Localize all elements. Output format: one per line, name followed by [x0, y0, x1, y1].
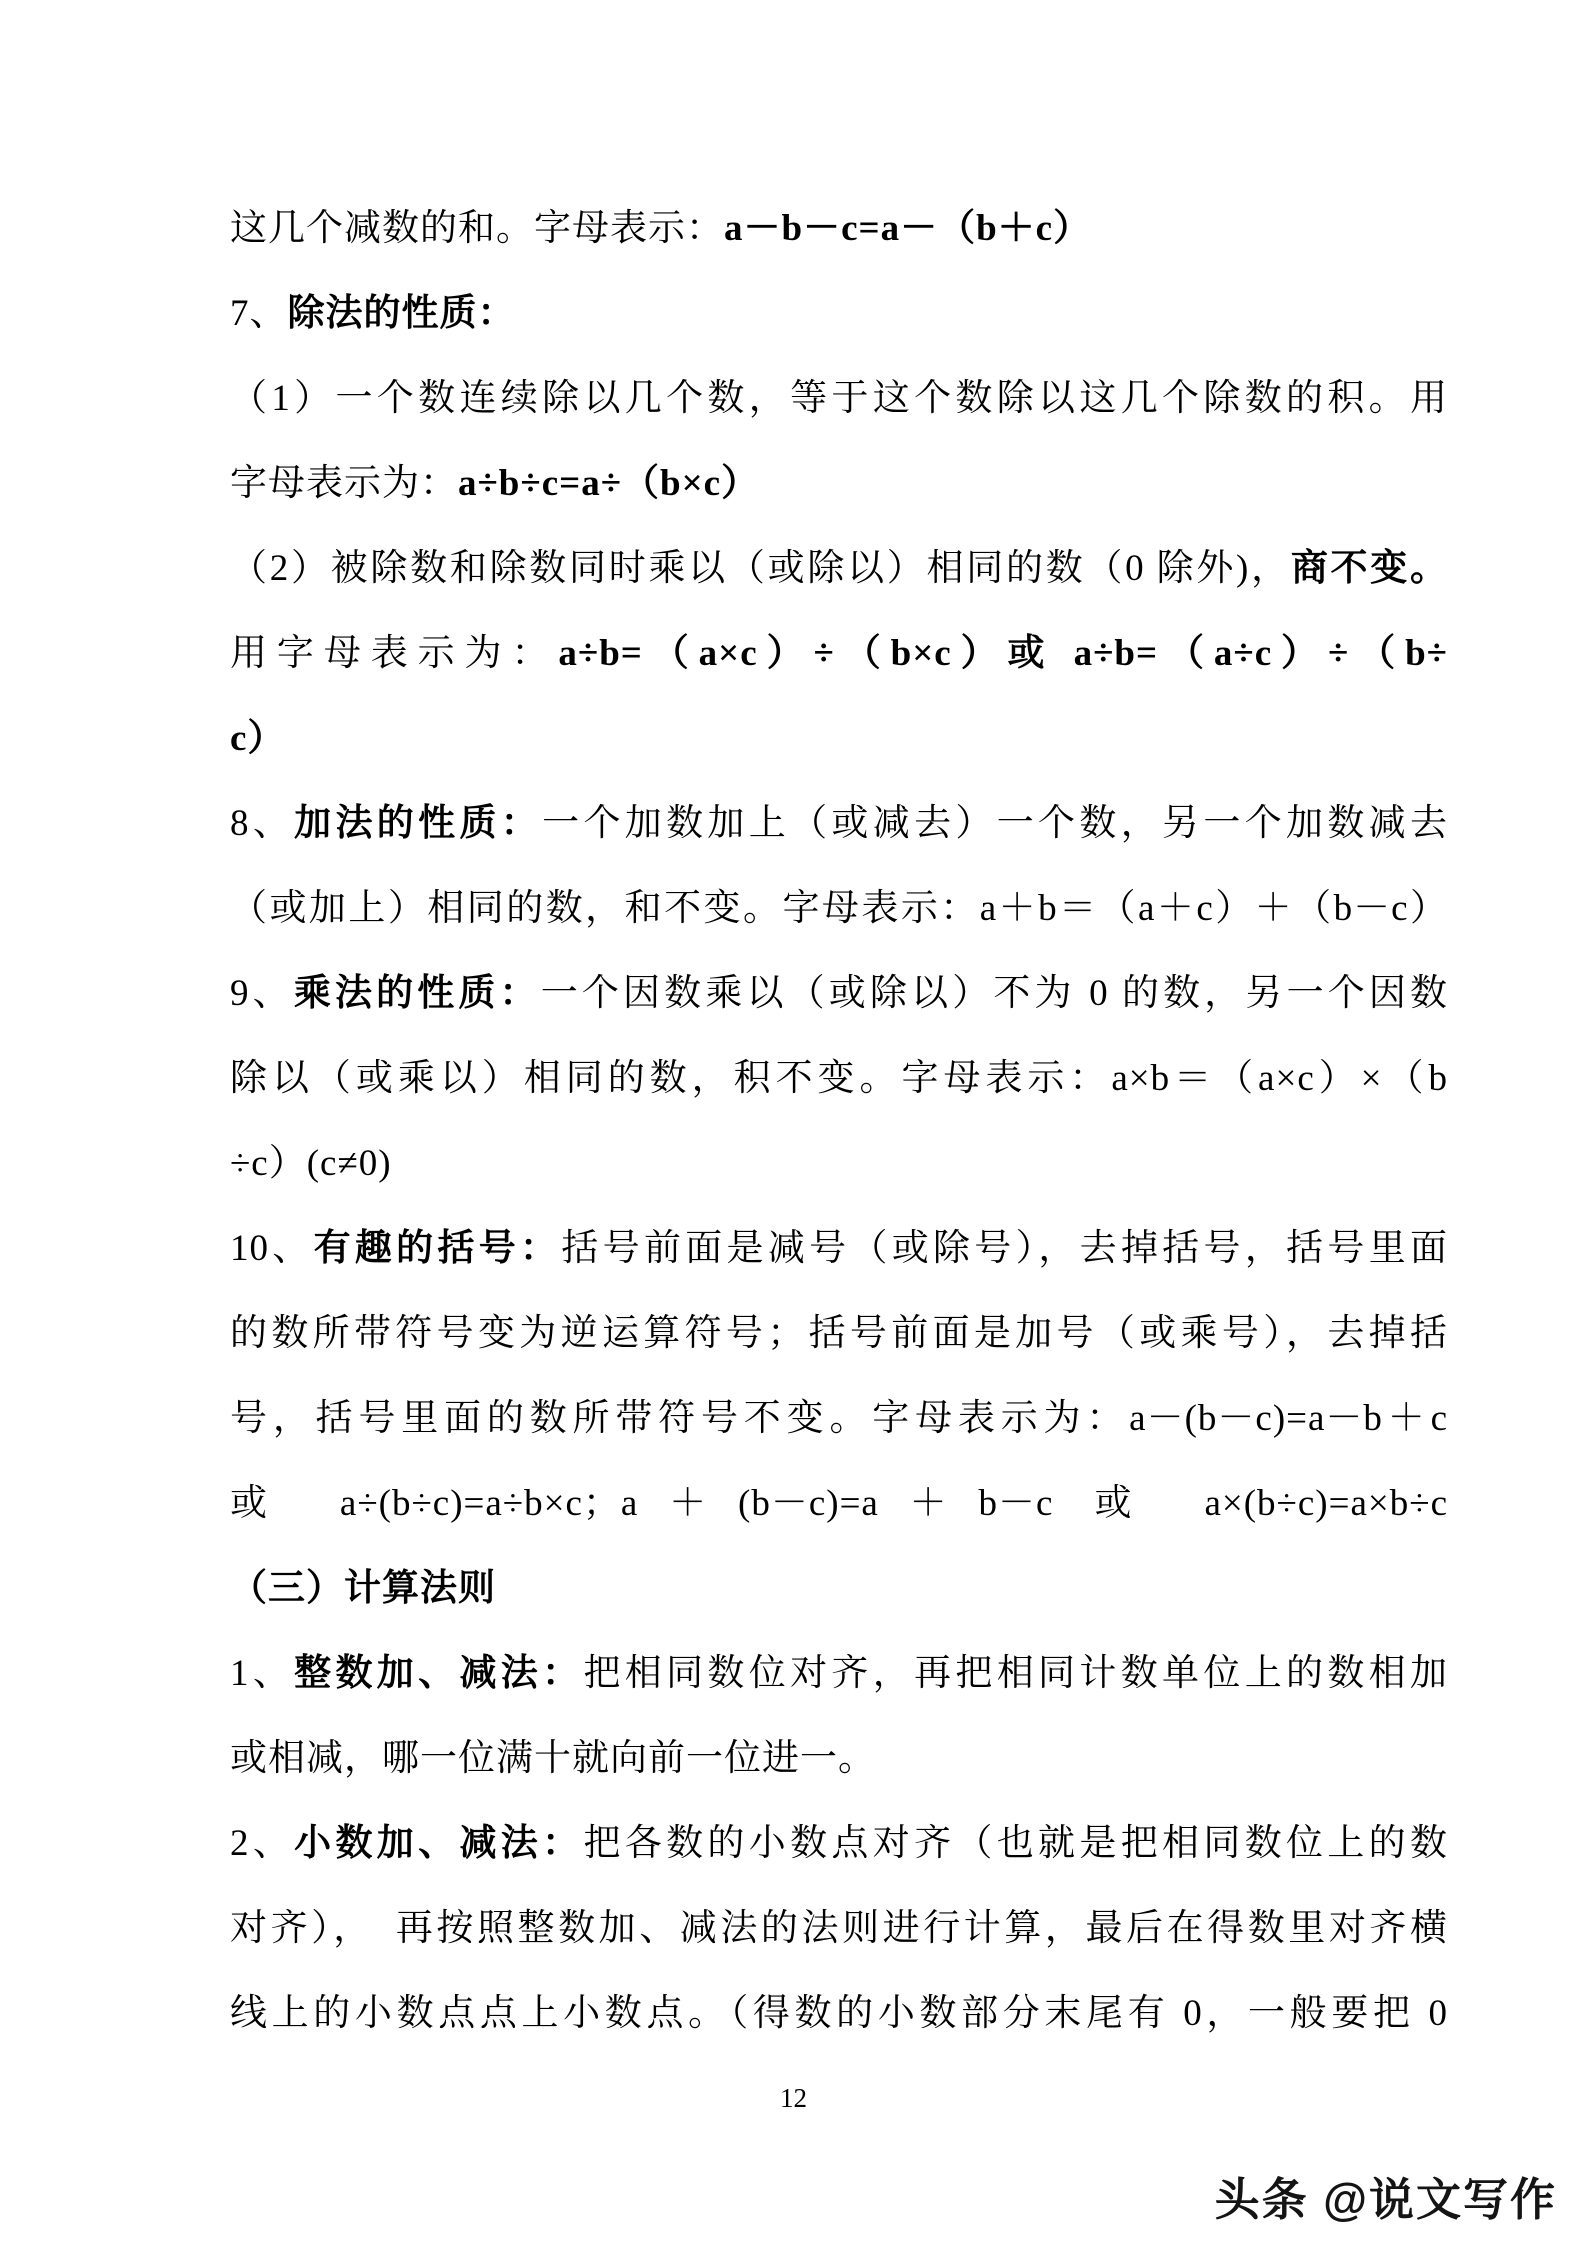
text-segment: 8、 — [230, 803, 294, 844]
text-line: ÷c）(c≠0) — [230, 1121, 1448, 1206]
text-segment: （2）被除数和除数同时乘以（或除以）相同的数（0 除外)， — [230, 548, 1291, 589]
text-segment: 的数所带符号变为逆运算符号；括号前面是加号（或乘号），去掉括 — [230, 1313, 1448, 1354]
text-segment: 乘法的性质： — [294, 973, 541, 1014]
text-segment: 加法的性质： — [294, 803, 542, 844]
text-line: 用字母表示为：a÷b=（a×c）÷（b×c）或 a÷b=（a÷c）÷（b÷ — [230, 611, 1448, 696]
text-line: 2、小数加、减法：把各数的小数点对齐（也就是把相同数位上的数 — [230, 1801, 1448, 1886]
text-segment: 把相同数位对齐，再把相同计数单位上的数相加 — [583, 1653, 1448, 1694]
text-segment: a÷b÷c=a÷（b×c） — [458, 463, 759, 504]
document-content: 这几个减数的和。字母表示：a－b－c=a－（b＋c）7、除法的性质：（1）一个数… — [230, 186, 1448, 2056]
text-line: 10、有趣的括号：括号前面是减号（或除号），去掉括号，括号里面 — [230, 1206, 1448, 1291]
text-segment: （1）一个数连续除以几个数，等于这个数除以这几个除数的积。用 — [230, 378, 1448, 419]
text-segment: （三）计算法则 — [230, 1568, 496, 1609]
text-segment: 这几个减数的和。字母表示： — [230, 208, 724, 249]
text-line: 号，括号里面的数所带符号不变。字母表示为：a－(b－c)=a－b＋c — [230, 1376, 1448, 1461]
text-segment: ÷c）(c≠0) — [230, 1143, 392, 1184]
text-segment: 线上的小数点点上小数点。（得数的小数部分末尾有 0，一般要把 0 — [230, 1993, 1448, 2034]
text-segment: （或加上）相同的数，和不变。字母表示：a＋b＝（a＋c）＋（b－c） — [230, 888, 1448, 929]
text-segment: 除以（或乘以）相同的数，积不变。字母表示：a×b＝（a×c）×（b — [230, 1058, 1448, 1099]
text-line: 7、除法的性质： — [230, 271, 1448, 356]
text-segment: 小数加、减法： — [294, 1823, 583, 1864]
text-line: （2）被除数和除数同时乘以（或除以）相同的数（0 除外)，商不变。 — [230, 526, 1448, 611]
text-line: 1、整数加、减法：把相同数位对齐，再把相同计数单位上的数相加 — [230, 1631, 1448, 1716]
text-line: 9、乘法的性质：一个因数乘以（或除以）不为 0 的数，另一个因数 — [230, 951, 1448, 1036]
text-segment: 2、 — [230, 1823, 294, 1864]
text-segment: 一个加数加上（或减去）一个数，另一个加数减去 — [542, 803, 1448, 844]
text-segment: 或相减，哪一位满十就向前一位进一。 — [230, 1738, 876, 1779]
document-page: { "page": { "number": "12", "watermark":… — [0, 0, 1587, 2245]
text-segment: 字母表示为： — [230, 463, 458, 504]
text-segment: 对齐）， 再按照整数加、减法的法则进行计算，最后在得数里对齐横 — [230, 1908, 1448, 1949]
text-segment: 除法的性质： — [288, 293, 516, 334]
text-line: （三）计算法则 — [230, 1546, 1448, 1631]
text-segment: 1、 — [230, 1653, 294, 1694]
page-number: 12 — [0, 2082, 1587, 2114]
text-segment: 商不变。 — [1291, 548, 1448, 589]
text-segment: c） — [230, 718, 285, 759]
text-line: 的数所带符号变为逆运算符号；括号前面是加号（或乘号），去掉括 — [230, 1291, 1448, 1376]
text-line: 或相减，哪一位满十就向前一位进一。 — [230, 1716, 1448, 1801]
text-line: 或 a÷(b÷c)=a÷b×c；a＋(b－c)=a＋b－c 或 a×(b÷c)=… — [230, 1461, 1448, 1546]
text-line: （1）一个数连续除以几个数，等于这个数除以这几个除数的积。用 — [230, 356, 1448, 441]
text-segment: 有趣的括号： — [314, 1228, 562, 1269]
text-segment: 用字母表示为： — [230, 633, 558, 674]
text-segment: 括号前面是减号（或除号），去掉括号，括号里面 — [561, 1228, 1448, 1269]
text-segment: 9、 — [230, 973, 294, 1014]
text-line: 线上的小数点点上小数点。（得数的小数部分末尾有 0，一般要把 0 — [230, 1971, 1448, 2056]
text-segment: 号，括号里面的数所带符号不变。字母表示为：a－(b－c)=a－b＋c — [230, 1398, 1448, 1439]
text-segment: a÷b=（a×c）÷（b×c）或 a÷b=（a÷c）÷（b÷ — [558, 633, 1448, 674]
text-segment: a－b－c=a－（b＋c） — [724, 208, 1091, 249]
text-segment: 或 a÷(b÷c)=a÷b×c；a＋(b－c)=a＋b－c 或 a×(b÷c)=… — [230, 1483, 1448, 1524]
text-line: （或加上）相同的数，和不变。字母表示：a＋b＝（a＋c）＋（b－c） — [230, 866, 1448, 951]
text-line: c） — [230, 696, 1448, 781]
text-segment: 整数加、减法： — [294, 1653, 583, 1694]
text-segment: 10、 — [230, 1228, 314, 1269]
text-line: 对齐）， 再按照整数加、减法的法则进行计算，最后在得数里对齐横 — [230, 1886, 1448, 1971]
text-segment: 7、 — [230, 293, 288, 334]
text-segment: 把各数的小数点对齐（也就是把相同数位上的数 — [583, 1823, 1448, 1864]
text-line: 除以（或乘以）相同的数，积不变。字母表示：a×b＝（a×c）×（b — [230, 1036, 1448, 1121]
watermark: 头条 @说文写作 — [1215, 2163, 1557, 2228]
text-line: 字母表示为：a÷b÷c=a÷（b×c） — [230, 441, 1448, 526]
text-segment: 一个因数乘以（或除以）不为 0 的数，另一个因数 — [541, 973, 1448, 1014]
text-line: 这几个减数的和。字母表示：a－b－c=a－（b＋c） — [230, 186, 1448, 271]
text-line: 8、加法的性质：一个加数加上（或减去）一个数，另一个加数减去 — [230, 781, 1448, 866]
